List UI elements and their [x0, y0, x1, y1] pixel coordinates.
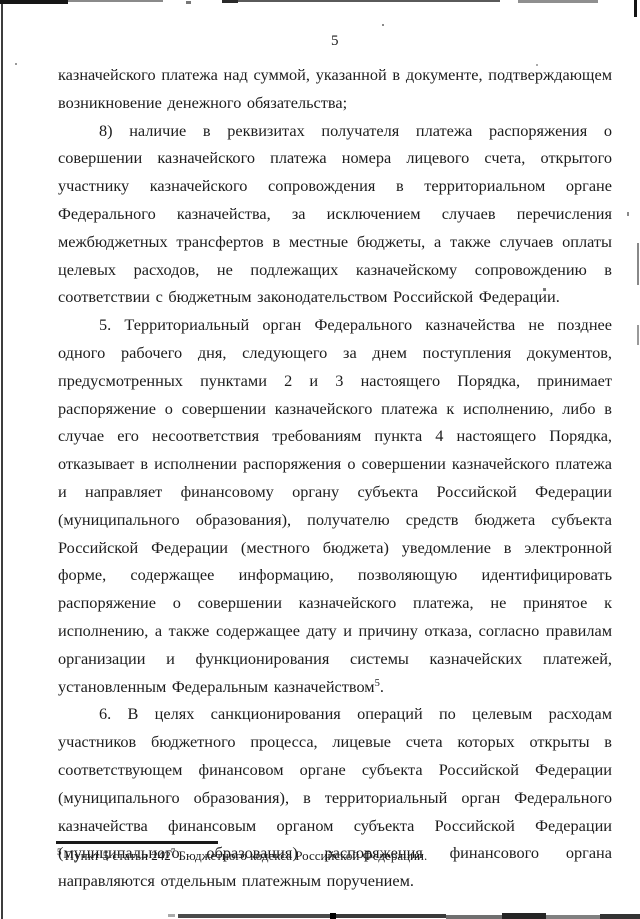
- paragraph-item-5-text: 5. Территориальный орган Федерального ка…: [58, 315, 612, 695]
- paragraph-continuation: казначейского платежа над суммой, указан…: [58, 61, 612, 117]
- scan-artifact-bottom-edge: [600, 914, 640, 919]
- scan-artifact-top-edge: [518, 0, 598, 3]
- scan-artifact-bottom-edge: [546, 915, 600, 919]
- scan-artifact-top-edge: [186, 1, 191, 4]
- scan-artifact-speck: [627, 212, 629, 216]
- scan-artifact-speck: [382, 24, 384, 26]
- footnote-text-2: Бюджетного кодекса Российской Федерации.: [175, 848, 427, 863]
- scanned-document-page: 5 казначейского платежа над суммой, указ…: [0, 0, 640, 919]
- scan-artifact-bottom-edge: [446, 915, 502, 919]
- scan-artifact-top-edge: [238, 0, 500, 2]
- scan-artifact-top-edge: [68, 0, 163, 2]
- scan-artifact-top-right-corner: [634, 0, 637, 17]
- footnote-text-1: Пункт 5 статьи 242: [62, 848, 171, 863]
- scan-artifact-bottom-edge: [336, 914, 446, 918]
- page-number: 5: [58, 33, 612, 50]
- scan-artifact-top-edge: [222, 0, 238, 3]
- scan-artifact-top-edge: [0, 0, 68, 4]
- scan-artifact-bottom-edge: [330, 913, 336, 919]
- scan-artifact-bottom-edge: [168, 914, 175, 917]
- scan-artifact-right-edge: [637, 243, 639, 285]
- scan-artifact-bottom-edge: [178, 914, 330, 918]
- paragraph-item-5: 5. Территориальный орган Федерального ка…: [58, 311, 612, 700]
- scan-artifact-bottom-edge: [502, 913, 546, 919]
- scan-artifact-right-edge: [637, 325, 639, 345]
- document-body: казначейского платежа над суммой, указан…: [58, 61, 612, 895]
- scan-artifact-left-edge-line: [1, 0, 3, 919]
- paragraph-item-6: 6. В целях санкционирования операций по …: [58, 700, 612, 895]
- paragraph-item-5-period: .: [380, 677, 384, 696]
- footnote: 5 Пункт 5 статьи 2427 Бюджетного кодекса…: [57, 847, 611, 865]
- scan-artifact-speck: [15, 63, 17, 65]
- paragraph-item-8: 8) наличие в реквизитах получателя плате…: [58, 117, 612, 312]
